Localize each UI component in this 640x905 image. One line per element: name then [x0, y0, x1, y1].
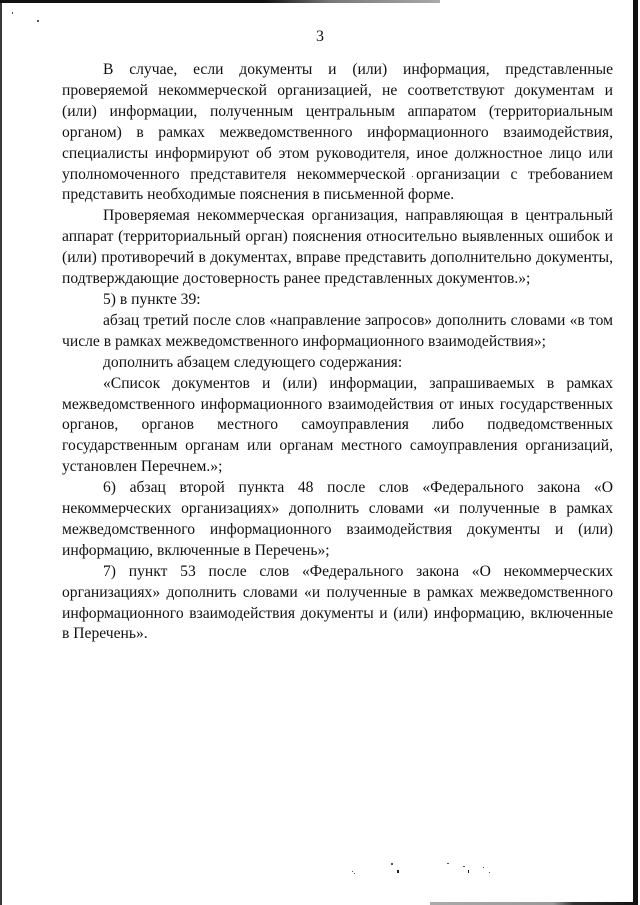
document-body: В случае, если документы и (или) информа…	[62, 60, 613, 645]
paragraph-document-list: «Список документов и (или) информации, з…	[62, 374, 613, 479]
scan-speck	[391, 863, 393, 865]
scan-border-left	[0, 3, 2, 905]
scan-speck	[468, 870, 469, 873]
scan-border-top	[0, 0, 440, 3]
scan-speck	[463, 866, 465, 867]
scan-speck	[483, 867, 484, 868]
paragraph-item-5-heading: 5) в пункте 39:	[62, 290, 613, 311]
paragraph-discrepancy-notice: В случае, если документы и (или) информа…	[62, 60, 613, 206]
scan-speck	[37, 20, 39, 22]
scan-speck	[354, 873, 355, 874]
scan-speck	[447, 863, 449, 864]
scan-speck	[489, 872, 490, 873]
paragraph-item-7: 7) пункт 53 после слов «Федерального зак…	[62, 562, 613, 646]
scan-speck	[352, 871, 353, 872]
paragraph-additional-documents: Проверяемая некоммерческая организация, …	[62, 206, 613, 290]
scan-speck	[412, 176, 413, 177]
scan-speck	[397, 870, 399, 873]
paragraph-add-clause: дополнить абзацем следующего содержания:	[62, 353, 613, 374]
scan-speck	[12, 12, 13, 14]
page-number: 3	[0, 28, 640, 46]
scan-border-right	[633, 0, 638, 905]
paragraph-item-5-amendment: абзац третий после слов «направление зап…	[62, 311, 613, 353]
paragraph-item-6: 6) абзац второй пункта 48 после слов «Фе…	[62, 478, 613, 562]
scanned-document-page: 3 В случае, если документы и (или) инфор…	[0, 0, 640, 905]
